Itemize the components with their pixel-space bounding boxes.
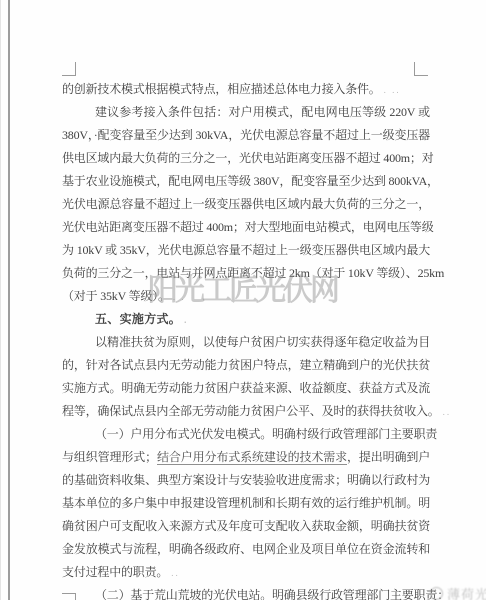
text-line: 380V，·配变容量至少达到 30kVA，光伏电源总容量不超过上一级变压器	[62, 124, 430, 147]
text-line: 负荷的三分之一，电站与并网点距离不超过 2km（对于 10kV 等级）、25km	[62, 262, 430, 285]
paragraph-mark-artifact: .	[184, 315, 188, 325]
line-text: 380V，·配变容量至少达到 30kVA，光伏电源总容量不超过上一级变压器	[62, 128, 430, 142]
line-text: 为 10kV 或 35kV，光伏电源总容量不超过上一级变压器供电区域内最大	[62, 243, 430, 257]
line-text: 的，针对各试点县内无劳动能力贫困户特点，建立精确到户的光伏扶贫	[62, 358, 430, 372]
text-line: 与组织管理形式；结合户用分布式系统建设的技术需求，提出明确到户	[62, 446, 430, 469]
text-line: 五、实施方式。.	[62, 308, 430, 331]
line-text: 光伏电站距离变压器不超过 400m；对大型地面电站模式，电网电压等级	[62, 220, 434, 234]
line-text: 的创新技术模式根据模式特点，相应描述总体电力接入条件。	[62, 82, 381, 96]
line-text: 金发放模式与流程，明确各级政府、电网企业及项目单位在资金流转和	[62, 542, 430, 556]
line-text: 确贫困户可支配收入来源方式及年度可支配收入获取金额，明确扶贫资	[62, 519, 430, 533]
paragraph-mark-artifact: . .	[173, 292, 186, 302]
line-text: （一）户用分布式光伏发电模式。明确村级行政管理部门主要职责	[95, 427, 437, 441]
text-line: （对于 35kV 等级）。. .	[62, 285, 430, 308]
text-line: 支付过程中的职责。..	[62, 561, 430, 584]
corner-watermark-text: 薄荷光伏	[447, 584, 486, 600]
text-line: （二）基于荒山荒坡的光伏电站。明确县级行政管理部门主要职责：	[62, 584, 430, 600]
underlined-text: 结合户用分布式系统建设的技术需求	[157, 450, 347, 465]
margin-mark-top-right	[414, 62, 428, 76]
text-line: 以精准扶贫为原则，以使每户贫困户切实获得逐年稳定收益为目	[62, 331, 430, 354]
line-text: 以精准扶贫为原则，以使每户贫困户切实获得逐年稳定收益为目	[95, 335, 430, 349]
text-line: 建议参考接入条件包括：对户用模式，配电网电压等级 220V 或	[62, 101, 430, 124]
paragraph-mark-artifact: ..	[443, 407, 452, 417]
line-text: 实施方式。明确无劳动能力贫困户获益来源、收益额度、获益方式及流	[62, 381, 430, 395]
text-line: （一）户用分布式光伏发电模式。明确村级行政管理部门主要职责	[62, 423, 430, 446]
document-body: 的创新技术模式根据模式特点，相应描述总体电力接入条件。. ..建议参考接入条件包…	[62, 78, 430, 600]
line-text: 与组织管理形式；	[62, 450, 157, 464]
paragraph-mark-artifact: . ..	[384, 85, 401, 95]
text-line: 的，针对各试点县内无劳动能力贫困户特点，建立精确到户的光伏扶贫	[62, 354, 430, 377]
text-line: 光伏电站距离变压器不超过 400m；对大型地面电站模式，电网电压等级	[62, 216, 430, 239]
paragraph-mark-artifact: ..	[171, 568, 180, 578]
line-text: （二）基于荒山荒坡的光伏电站。明确县级行政管理部门主要职责：	[95, 588, 449, 600]
corner-watermark-logo-icon	[430, 587, 443, 600]
line-text: （对于 35kV 等级）。	[62, 289, 170, 303]
text-line: 程等，确保试点县内全部无劳动能力贫困户公平、及时的获得扶贫收入。..	[62, 400, 430, 423]
text-line: 的创新技术模式根据模式特点，相应描述总体电力接入条件。. ..	[62, 78, 430, 101]
line-text: 供电区域内最大负荷的三分之一，光伏电站距离变压器不超过 400m；对	[62, 151, 434, 165]
line-text: 光伏电源总容量不超过上一级变压器供电区域内最大负荷的三分之一，	[62, 197, 430, 211]
line-text: 基本单位的多户集中申报建设管理机制和长期有效的运行维护机制。明	[62, 496, 430, 510]
text-line: 确贫困户可支配收入来源方式及年度可支配收入获取金额，明确扶贫资	[62, 515, 430, 538]
text-line: 的基础资料收集、典型方案设计与安装验收进度需求；明确以行政村为	[62, 469, 430, 492]
text-line: 基本单位的多户集中申报建设管理机制和长期有效的运行维护机制。明	[62, 492, 430, 515]
text-line: 供电区域内最大负荷的三分之一，光伏电站距离变压器不超过 400m；对	[62, 147, 430, 170]
text-line: 为 10kV 或 35kV，光伏电源总容量不超过上一级变压器供电区域内最大	[62, 239, 430, 262]
text-line: 实施方式。明确无劳动能力贫困户获益来源、收益额度、获益方式及流	[62, 377, 430, 400]
corner-watermark: 薄荷光伏	[430, 584, 486, 600]
line-text: 支付过程中的职责。	[62, 565, 168, 579]
line-text: 基于农业设施模式，配电网电压等级 380V，配变容量至少达到 800kVA，	[62, 174, 439, 188]
line-text: 五、实施方式。	[95, 312, 181, 326]
line-text: 建议参考接入条件包括：对户用模式，配电网电压等级 220V 或	[95, 105, 430, 119]
margin-mark-top-left	[62, 62, 76, 76]
line-text: 程等，确保试点县内全部无劳动能力贫困户公平、及时的获得扶贫收入。	[62, 404, 440, 418]
text-line: 基于农业设施模式，配电网电压等级 380V，配变容量至少达到 800kVA，	[62, 170, 430, 193]
line-text: 的基础资料收集、典型方案设计与安装验收进度需求；明确以行政村为	[62, 473, 430, 487]
page-edge-line	[8, 0, 10, 600]
text-line: 光伏电源总容量不超过上一级变压器供电区域内最大负荷的三分之一，	[62, 193, 430, 216]
line-text: ，提出明确到户	[347, 450, 430, 464]
page-edge-outer-line	[0, 0, 1, 600]
text-line: 金发放模式与流程，明确各级政府、电网企业及项目单位在资金流转和	[62, 538, 430, 561]
line-text: 负荷的三分之一，电站与并网点距离不超过 2km（对于 10kV 等级）、25km	[62, 266, 444, 280]
